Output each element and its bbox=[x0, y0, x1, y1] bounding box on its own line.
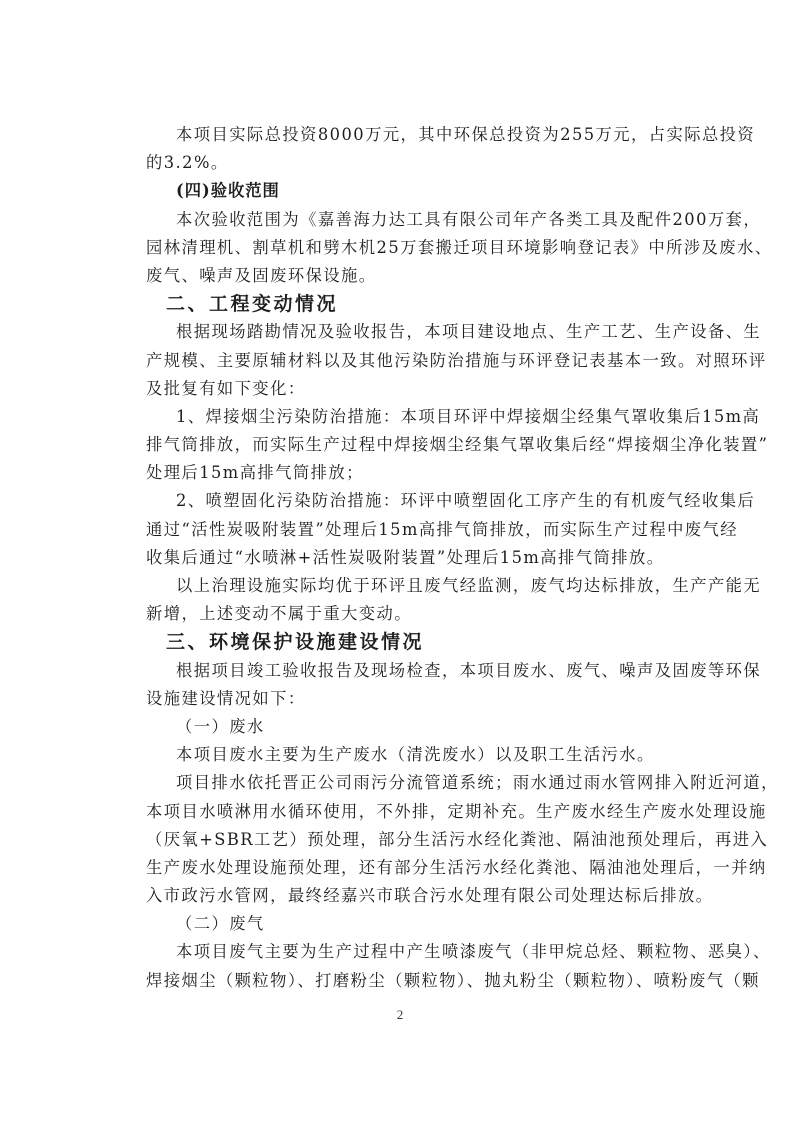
change-item-1-line: 排气筒排放，而实际生产过程中焊接烟尘经集气罩收集后经“焊接烟尘净化装置” bbox=[146, 431, 679, 459]
wastewater-detail-line: （厌氧+SBR工艺）预处理，部分生活污水经化粪池、隔油池预处理后，再进入 bbox=[146, 826, 679, 854]
wastewater-detail-line: 入市政污水管网，最终经嘉兴市联合污水处理有限公司处理达标后排放。 bbox=[146, 882, 679, 910]
facilities-intro-line: 根据项目竣工验收报告及现场检查，本项目废水、废气、噪声及固废等环保 bbox=[146, 657, 679, 685]
scope-paragraph-line: 废气、噪声及固废环保设施。 bbox=[146, 262, 679, 290]
exhaust-gas-paragraph-line: 焊接烟尘（颗粒物）、打磨粉尘（颗粒物）、抛丸粉尘（颗粒物）、喷粉废气（颗 bbox=[146, 967, 679, 995]
page-number: 2 bbox=[0, 1007, 800, 1023]
changes-paragraph-line: 及批复有如下变化： bbox=[146, 375, 679, 403]
wastewater-detail-line: 项目排水依托晋正公司雨污分流管道系统；雨水通过雨水管网排入附近河道， bbox=[146, 769, 679, 797]
change-item-2-line: 2、喷塑固化污染防治措施：环评中喷塑固化工序产生的有机废气经收集后 bbox=[146, 487, 679, 515]
change-item-2-line: 收集后通过“水喷淋+活性炭吸附装置”处理后15m高排气筒排放。 bbox=[146, 544, 679, 572]
change-item-1-line: 处理后15m高排气筒排放； bbox=[146, 459, 679, 487]
facilities-intro-line: 设施建设情况如下： bbox=[146, 685, 679, 713]
changes-conclusion-line: 新增，上述变动不属于重大变动。 bbox=[146, 600, 679, 628]
changes-conclusion-line: 以上治理设施实际均优于环评且废气经监测，废气均达标排放，生产产能无 bbox=[146, 572, 679, 600]
section-heading-project-changes: 二、工程变动情况 bbox=[146, 290, 679, 318]
section-heading-env-facilities: 三、环境保护设施建设情况 bbox=[146, 628, 679, 656]
exhaust-gas-paragraph-line: 本项目废气主要为生产过程中产生喷漆废气（非甲烷总烃、颗粒物、恶臭）、 bbox=[146, 938, 679, 966]
wastewater-subheading: （一）废水 bbox=[146, 713, 679, 741]
wastewater-detail-line: 本项目水喷淋用水循环使用，不外排，定期补充。生产废水经生产废水处理设施 bbox=[146, 798, 679, 826]
change-item-1-line: 1、焊接烟尘污染防治措施：本项目环评中焊接烟尘经集气罩收集后15m高 bbox=[146, 403, 679, 431]
exhaust-gas-subheading: （二）废气 bbox=[146, 910, 679, 938]
scope-paragraph-line: 园林清理机、割草机和劈木机25万套搬迁项目环境影响登记表》中所涉及废水、 bbox=[146, 234, 679, 262]
wastewater-detail-line: 生产废水处理设施预处理，还有部分生活污水经化粪池、隔油池处理后，一并纳 bbox=[146, 854, 679, 882]
investment-paragraph-line: 的3.2%。 bbox=[146, 149, 679, 177]
changes-paragraph-line: 根据现场踏勘情况及验收报告，本项目建设地点、生产工艺、生产设备、生 bbox=[146, 318, 679, 346]
document-page: 本项目实际总投资8000万元，其中环保总投资为255万元，占实际总投资 的3.2… bbox=[146, 121, 679, 995]
acceptance-scope-heading: (四)验收范围 bbox=[146, 177, 679, 205]
wastewater-summary-line: 本项目废水主要为生产废水（清洗废水）以及职工生活污水。 bbox=[146, 741, 679, 769]
scope-paragraph-line: 本次验收范围为《嘉善海力达工具有限公司年产各类工具及配件200万套， bbox=[146, 206, 679, 234]
changes-paragraph-line: 产规模、主要原辅材料以及其他污染防治措施与环评登记表基本一致。对照环评 bbox=[146, 347, 679, 375]
investment-paragraph-line: 本项目实际总投资8000万元，其中环保总投资为255万元，占实际总投资 bbox=[146, 121, 679, 149]
change-item-2-line: 通过“活性炭吸附装置”处理后15m高排气筒排放，而实际生产过程中废气经 bbox=[146, 516, 679, 544]
